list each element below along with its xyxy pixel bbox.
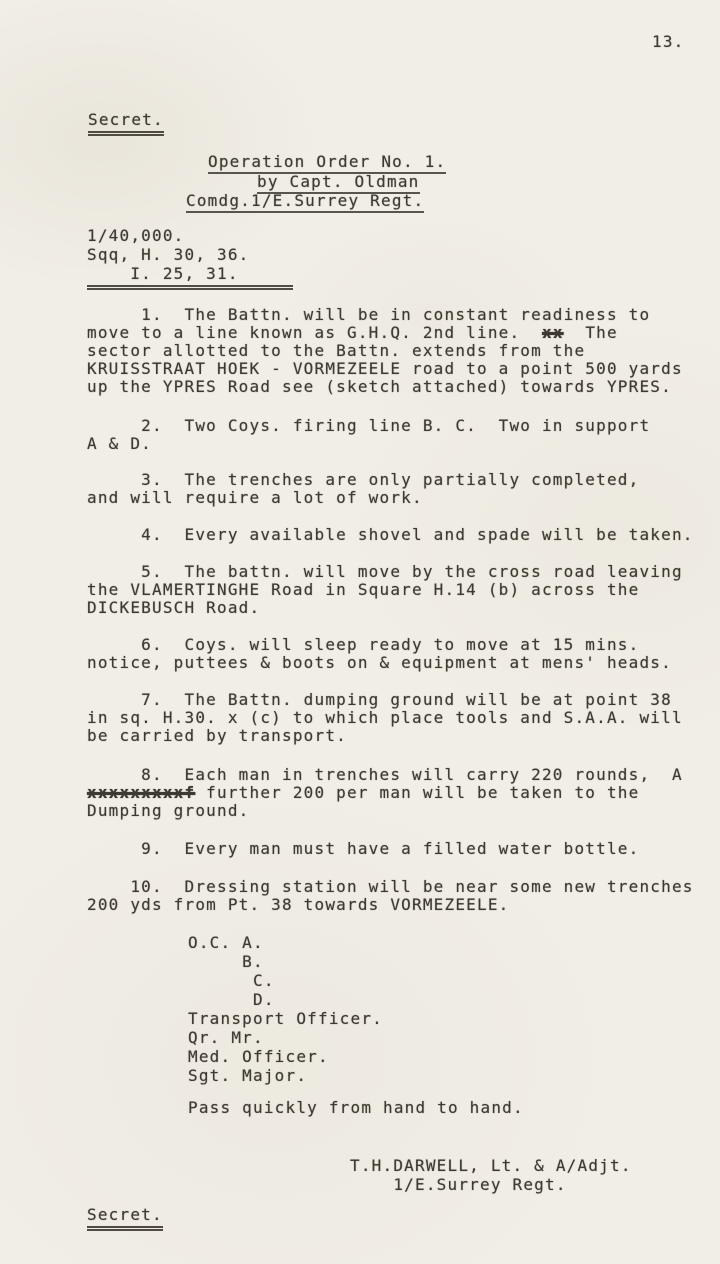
classification-top-label: Secret. xyxy=(88,110,164,136)
title-line-1-text: Operation Order No. 1. xyxy=(208,152,446,174)
title-line-1: Operation Order No. 1. xyxy=(208,153,446,172)
map-squares-line-2: I. 25, 31. xyxy=(87,264,293,283)
map-squares-line-1-text: Sqq, H. 30, 36. xyxy=(87,245,250,264)
map-scale-text: 1/40,000. xyxy=(87,226,185,245)
map-reference: 1/40,000. Sqq, H. 30, 36. I. 25, 31. xyxy=(87,226,293,283)
paragraph-5: 5. The battn. will move by the cross roa… xyxy=(87,563,683,617)
page-number: 13. xyxy=(652,33,685,51)
paragraph-9: 9. Every man must have a filled water bo… xyxy=(87,840,639,858)
map-scale: 1/40,000. xyxy=(87,226,293,245)
distribution-note: Pass quickly from hand to hand. xyxy=(188,1099,524,1117)
paragraph-1: 1. The Battn. will be in constant readin… xyxy=(87,306,683,396)
title-line-2: by Capt. Oldman xyxy=(257,173,420,192)
distribution-list: O.C. A. B. C. D. Transport Officer. Qr. … xyxy=(188,933,383,1085)
title-line-3: Comdg.1/E.Surrey Regt. xyxy=(186,192,424,211)
title-line-3-text: Comdg.1/E.Surrey Regt. xyxy=(186,191,424,213)
struck-out-text: xxxxxxxxxf xyxy=(87,783,195,802)
map-squares-line-2-text: I. 25, 31. xyxy=(87,264,293,290)
paragraph-2: 2. Two Coys. firing line B. C. Two in su… xyxy=(87,417,650,453)
paragraph-8-text: 8. Each man in trenches will carry 220 r… xyxy=(87,765,683,784)
signature-block: T.H.DARWELL, Lt. & A/Adjt. 1/E.Surrey Re… xyxy=(350,1156,632,1194)
classification-bottom-label: Secret. xyxy=(87,1205,163,1231)
paragraph-10: 10. Dressing station will be near some n… xyxy=(87,878,694,914)
paragraph-6: 6. Coys. will sleep ready to move at 15 … xyxy=(87,636,672,672)
classification-top: Secret. xyxy=(88,111,164,130)
map-squares-line-1: Sqq, H. 30, 36. xyxy=(87,245,293,264)
classification-bottom: Secret. xyxy=(87,1206,163,1225)
paragraph-3: 3. The trenches are only partially compl… xyxy=(87,471,639,507)
paragraph-7: 7. The Battn. dumping ground will be at … xyxy=(87,691,683,745)
paragraph-8: 8. Each man in trenches will carry 220 r… xyxy=(87,766,683,820)
struck-out-text: xx xyxy=(542,323,564,342)
paragraph-4: 4. Every available shovel and spade will… xyxy=(87,526,694,544)
document-page: 13. Secret. Operation Order No. 1. by Ca… xyxy=(0,0,720,1264)
